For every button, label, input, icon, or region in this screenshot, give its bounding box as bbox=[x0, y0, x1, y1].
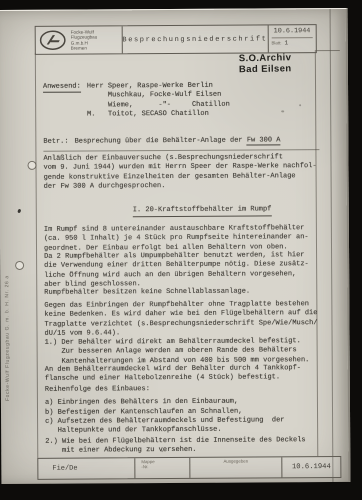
frame-line-right bbox=[315, 51, 318, 456]
attendees-label: Anwesend: bbox=[43, 83, 81, 94]
issued-cell: Ausgegeben bbox=[190, 457, 282, 478]
frame-line-left bbox=[35, 53, 38, 458]
sheet-label: Blatt: bbox=[271, 40, 281, 45]
sheet-number: 1 bbox=[284, 39, 288, 46]
archive-stamp: S.O.Archiv Bad Eilsen bbox=[239, 52, 339, 75]
intro-paragraph: Anläßlich der Einbauversuche (s.Besprech… bbox=[43, 153, 316, 192]
folder-number-cell: Mappe -Nr. bbox=[135, 458, 190, 478]
subject-aircraft: Fw 300 A bbox=[247, 136, 281, 145]
attendees-list: Herr Speer, Raspe-Werke Berlin Muschkau,… bbox=[87, 82, 230, 120]
document-date: 10.6.1944 bbox=[271, 27, 312, 35]
sheet-row: Blatt: 1 bbox=[271, 37, 312, 46]
focke-wulf-logo-icon bbox=[39, 30, 67, 51]
punch-hole bbox=[15, 261, 24, 270]
subject-label: Betr.: bbox=[43, 138, 68, 148]
subject-text: Besprechung über die Behälter-Anlage der… bbox=[75, 136, 281, 147]
scanned-document: Focke-Wulf Flugzeugbau G. m. b. H. Nr. 2… bbox=[0, 0, 362, 500]
paragraph: An dem Behälterraumdeckel wird der Behäl… bbox=[45, 364, 301, 384]
paper-sheet: Focke-Wulf Flugzeugbau G. m. b. H. Nr. 2… bbox=[0, 8, 350, 484]
date-cell: 10.6.1944 Blatt: 1 bbox=[267, 25, 315, 52]
list-item-c: c) Aufsetzen des Behälterraumdeckels und… bbox=[45, 416, 285, 436]
subject-row: Betr.: Besprechung über die Behälter-Anl… bbox=[43, 136, 319, 152]
footer-table: Fie/De Mappe -Nr. Ausgegeben 10.6.1944 bbox=[37, 456, 341, 480]
paragraph: Im Rumpf sind 8 untereinander austauschb… bbox=[44, 224, 309, 254]
company-name-lines: Focke-Wulf Flugzeugbau G.m.b.H Bremen bbox=[71, 29, 98, 51]
list-item-a: a) Einbringen des Behälters in den Einba… bbox=[45, 398, 238, 409]
speck bbox=[299, 104, 301, 106]
frame-line-extension bbox=[315, 50, 340, 51]
footer-date-cell: 10.6.1944 bbox=[282, 457, 340, 477]
numbered-item-2: 2.) Wie bei den Flügelbehältern ist die … bbox=[45, 436, 306, 456]
page-edge-line bbox=[330, 9, 334, 482]
company-logo-cell: Focke-Wulf Flugzeugbau G.m.b.H Bremen bbox=[36, 26, 123, 54]
attendees-block: Anwesend: Herr Speer, Raspe-Werke Berlin… bbox=[43, 82, 230, 121]
margin-vertical-text: Focke-Wulf Flugzeugbau G. m. b. H. Nr. 2… bbox=[3, 121, 11, 401]
paragraph: Rumpfbehälter besitzen keine Schnellabla… bbox=[44, 288, 250, 299]
document-title: Besprechungsniederschrift bbox=[122, 25, 267, 53]
ink-dot bbox=[17, 209, 21, 214]
section-heading: I. 20-Kraftstoffbehälter im Rumpf bbox=[133, 205, 272, 217]
paragraph: Reihenfolge des Einbaues: bbox=[45, 385, 150, 395]
paragraph: Gegen das Einbringen der Rumpfbehälter o… bbox=[44, 300, 317, 339]
paragraph: Da 2 Rumpfbehälter als Umpumpbehälter be… bbox=[44, 251, 309, 290]
header-table: Focke-Wulf Flugzeugbau G.m.b.H Bremen Be… bbox=[35, 24, 317, 55]
signature-cell: Fie/De bbox=[38, 458, 135, 479]
numbered-item-1: 1.) Der Behälter wird direkt am Behälter… bbox=[45, 337, 310, 367]
speck bbox=[281, 110, 284, 112]
archive-stamp-line2: Bad Eilsen bbox=[239, 63, 339, 76]
